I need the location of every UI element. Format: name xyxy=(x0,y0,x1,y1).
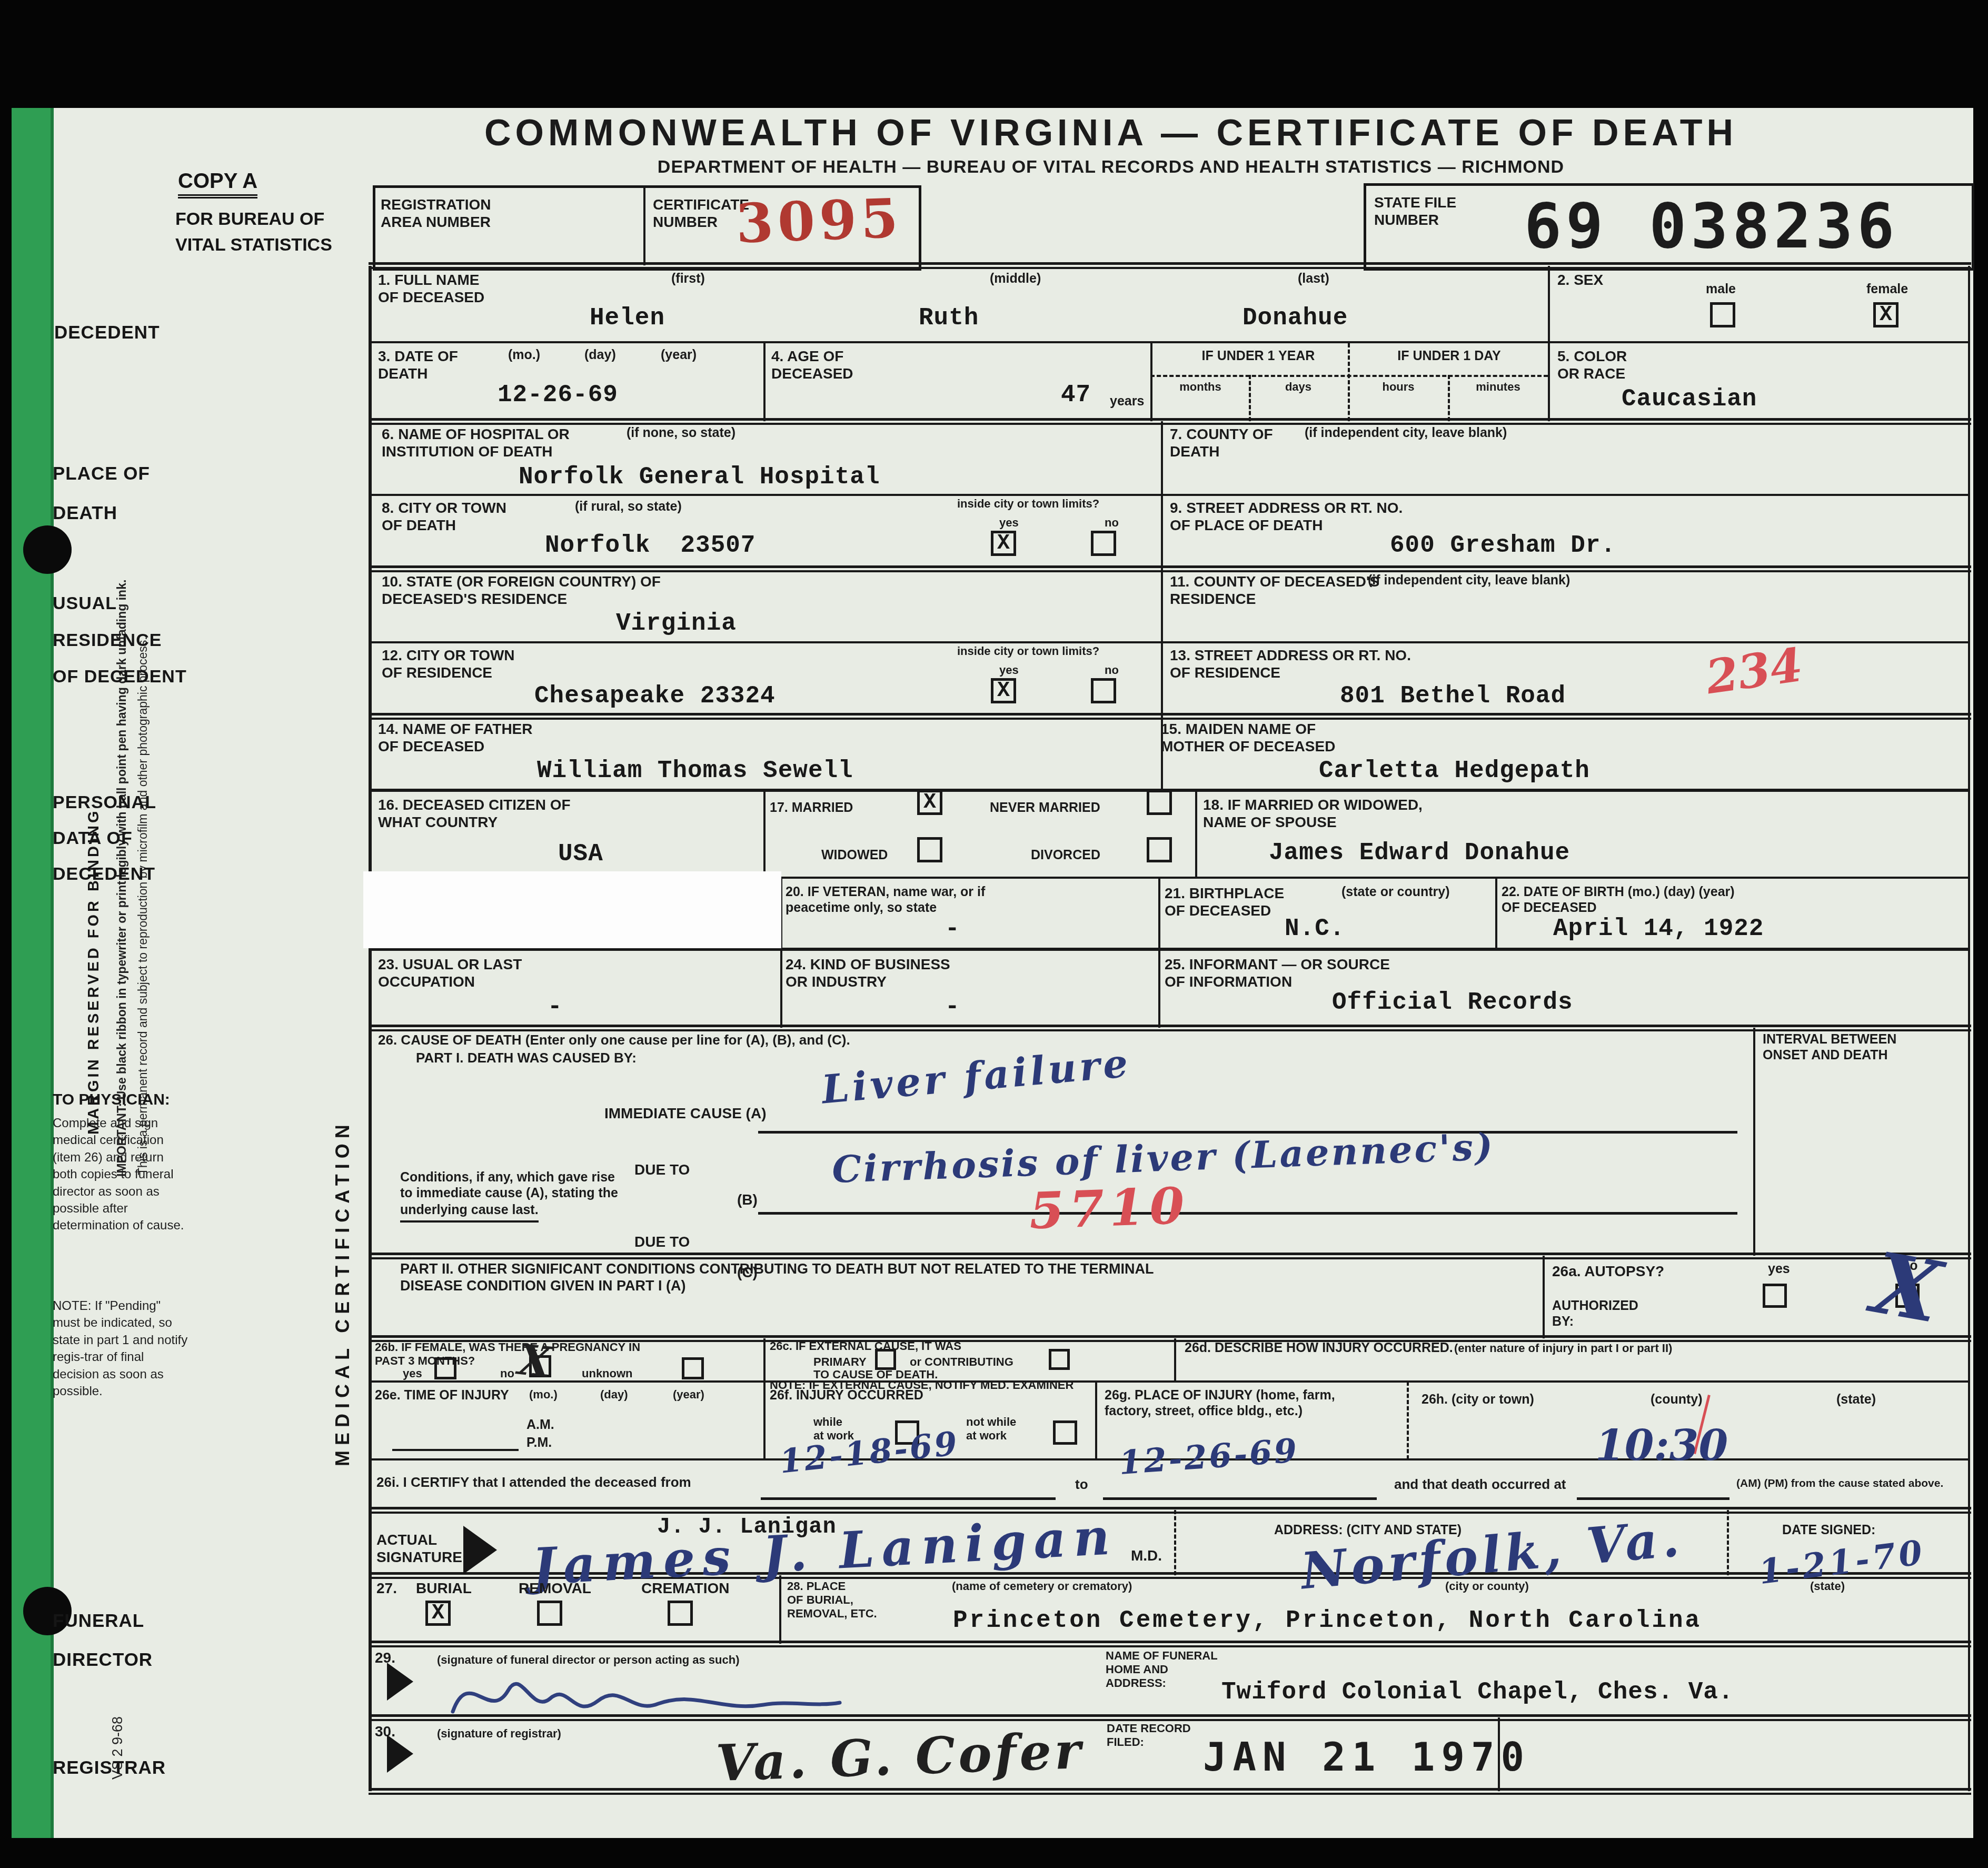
pregnancy-no-handwritten-x: X xyxy=(516,1335,554,1387)
rule-dashed xyxy=(1174,1510,1176,1575)
first-hint: (first) xyxy=(671,271,705,287)
state-file-label: STATE FILE NUMBER xyxy=(1374,194,1456,228)
am-label: A.M. xyxy=(526,1417,554,1433)
limits-question-2: inside city or town limits? xyxy=(957,644,1099,658)
section-place-of-death: PLACE OF DEATH xyxy=(53,454,150,533)
burial-state-hint: (state) xyxy=(1810,1579,1845,1593)
street-of-death-label: 9. STREET ADDRESS OR RT. NO. OF PLACE OF… xyxy=(1170,499,1403,534)
registration-box-divider xyxy=(643,185,645,265)
value-death-time: 10:30 xyxy=(1595,1420,1728,1470)
occurred-label: and that death occurred at xyxy=(1394,1476,1566,1493)
place-of-burial-label: 28. PLACE OF BURIAL, REMOVAL, ETC. xyxy=(787,1579,877,1621)
certify-label: 26i. I CERTIFY that I attended the decea… xyxy=(376,1474,691,1491)
rule xyxy=(1753,1028,1755,1256)
under-1-day-label: IF UNDER 1 DAY xyxy=(1350,349,1548,364)
rule xyxy=(369,1507,1971,1514)
mo-hint: (mo.) xyxy=(508,347,540,363)
limits-no-label-1: no xyxy=(1105,516,1119,530)
divorced-label: DIVORCED xyxy=(1031,848,1100,863)
sex-female-checkbox: X xyxy=(1873,302,1898,327)
pregnancy-no-label: no xyxy=(500,1367,514,1380)
value-dob: April 14, 1922 xyxy=(1553,915,1764,942)
limits-no-checkbox-2 xyxy=(1091,678,1116,703)
cause-b-line xyxy=(758,1212,1737,1215)
full-name-label: 1. FULL NAME OF DECEASED xyxy=(378,271,484,306)
value-veteran: - xyxy=(945,915,960,942)
color-race-label: 5. COLOR OR RACE xyxy=(1557,347,1627,382)
street-residence-label: 13. STREET ADDRESS OR RT. NO. OF RESIDEN… xyxy=(1170,647,1411,681)
binding-strip xyxy=(12,108,54,1838)
primary-label: PRIMARY xyxy=(813,1355,867,1369)
date-record-filed-stamp: JAN 21 1970 xyxy=(1203,1735,1530,1780)
value-city-residence: Chesapeake 23324 xyxy=(534,682,776,710)
city-of-death-hint: (if rural, so state) xyxy=(575,499,682,515)
county-residence-hint: (if independent city, leave blank) xyxy=(1368,573,1570,589)
to-line xyxy=(1103,1497,1377,1500)
time-line xyxy=(1577,1497,1729,1500)
place-of-injury-label: 26g. PLACE OF INJURY (home, farm, factor… xyxy=(1105,1388,1335,1419)
autopsy-yes-checkbox xyxy=(1763,1284,1787,1308)
autopsy-yes-label: yes xyxy=(1768,1261,1790,1277)
page-subtitle: DEPARTMENT OF HEALTH — BUREAU OF VITAL R… xyxy=(400,157,1822,177)
rule-dashed xyxy=(1348,343,1350,421)
from-line xyxy=(761,1497,1056,1500)
section-personal-data: PERSONAL DATA OF DECEDENT xyxy=(53,784,156,892)
city-residence-label: 12. CITY OR TOWN OF RESIDENCE xyxy=(382,647,515,681)
injury-mo-hint: (mo.) xyxy=(529,1388,558,1402)
bureau-label: FOR BUREAU OF VITAL STATISTICS xyxy=(175,206,332,259)
rule xyxy=(1495,878,1497,949)
due-to-b-label: DUE TO xyxy=(634,1161,690,1178)
funeral-arrow-icon xyxy=(387,1663,413,1701)
hospital-label: 6. NAME OF HOSPITAL OR INSTITUTION OF DE… xyxy=(382,425,570,460)
value-father: William Thomas Sewell xyxy=(537,757,853,784)
rule xyxy=(763,342,766,421)
county-of-death-hint: (if independent city, leave blank) xyxy=(1305,425,1507,441)
value-birthplace: N.C. xyxy=(1285,915,1345,942)
rule xyxy=(369,418,1971,425)
limits-question-1: inside city or town limits? xyxy=(957,497,1099,511)
value-color-race: Caucasian xyxy=(1622,385,1757,413)
registrar-signature-hint: (signature of registrar) xyxy=(437,1727,561,1741)
pregnancy-unknown-checkbox xyxy=(682,1357,704,1379)
authorized-by-label: AUTHORIZED BY: xyxy=(1552,1298,1638,1329)
county-residence-label: 11. COUNTY OF DECEASED'S RESIDENCE xyxy=(1170,573,1379,608)
rule xyxy=(1548,266,1550,421)
certificate-number-label: CERTIFICATE NUMBER xyxy=(653,196,749,231)
rule xyxy=(1095,1382,1097,1459)
value-funeral-home: Twiford Colonial Chapel, Ches. Va. xyxy=(1221,1678,1734,1706)
rule xyxy=(369,565,1971,572)
value-street-of-death: 600 Gresham Dr. xyxy=(1390,532,1616,559)
section-note-body: NOTE: If "Pending" must be indicated, so… xyxy=(53,1298,188,1400)
limits-yes-checkbox-1: X xyxy=(991,531,1016,556)
rule xyxy=(369,266,372,1791)
conditions-label: Conditions, if any, which gave rise to i… xyxy=(400,1170,618,1201)
middle-hint: (middle) xyxy=(990,271,1041,287)
injury-county-hint: (county) xyxy=(1651,1392,1703,1408)
hospital-hint: (if none, so state) xyxy=(627,425,735,441)
section-usual-residence: USUAL RESIDENCE OF DECEDENT xyxy=(53,585,187,695)
part1-label: PART I. DEATH WAS CAUSED BY: xyxy=(416,1050,637,1066)
injury-day-hint: (day) xyxy=(600,1388,628,1402)
pregnancy-yes-checkbox xyxy=(434,1357,456,1379)
rule xyxy=(763,1338,766,1459)
certificate-number-stamp: 3095 xyxy=(735,187,903,256)
under-1-year-label: IF UNDER 1 YEAR xyxy=(1169,349,1348,364)
pregnancy-yes-label: yes xyxy=(403,1367,422,1380)
autopsy-label: 26a. AUTOPSY? xyxy=(1552,1263,1664,1280)
interval-label: INTERVAL BETWEEN ONSET AND DEATH xyxy=(1763,1032,1896,1063)
md-label: M.D. xyxy=(1131,1547,1162,1564)
immediate-cause-label: IMMEDIATE CAUSE (A) xyxy=(604,1105,766,1122)
limits-yes-label-1: yes xyxy=(999,516,1019,530)
section-medical-certification: MEDICAL CERTIFICATION xyxy=(332,1050,354,1466)
rule xyxy=(369,494,1969,496)
value-mother: Carletta Hedgepath xyxy=(1319,757,1590,784)
burial-checkbox: X xyxy=(425,1601,451,1626)
cemetery-hint: (name of cemetery or crematory) xyxy=(952,1579,1132,1593)
occupation-label: 23. USUAL OR LAST OCCUPATION xyxy=(378,956,522,990)
value-last-name: Donahue xyxy=(1242,304,1348,332)
rule xyxy=(369,1025,1971,1031)
rule-dashed xyxy=(1727,1510,1729,1575)
primary-checkbox xyxy=(875,1349,896,1370)
date-record-filed-label: DATE RECORD FILED: xyxy=(1107,1722,1191,1749)
value-first-name: Helen xyxy=(590,304,665,332)
state-file-number-stamp: 69 038236 xyxy=(1524,190,1898,262)
married-checkbox: X xyxy=(917,790,942,815)
sex-label: 2. SEX xyxy=(1557,271,1603,289)
year-hint: (year) xyxy=(661,347,697,363)
cremation-label: CREMATION xyxy=(641,1579,729,1597)
date-of-death-label: 3. DATE OF DEATH xyxy=(378,347,458,382)
rule xyxy=(1150,342,1152,421)
veteran-label: 20. IF VETERAN, name war, or if peacetim… xyxy=(786,885,985,916)
time-of-injury-line xyxy=(392,1449,519,1451)
rule xyxy=(1174,1338,1176,1382)
limits-no-checkbox-1 xyxy=(1091,531,1116,556)
sex-female-label: female xyxy=(1866,282,1908,297)
rule xyxy=(369,641,1969,643)
rule xyxy=(369,1788,1971,1795)
funeral-home-label: NAME OF FUNERAL HOME AND ADDRESS: xyxy=(1106,1649,1218,1690)
rule xyxy=(1195,790,1197,878)
removal-checkbox xyxy=(537,1601,562,1626)
sex-male-checkbox xyxy=(1710,302,1735,327)
scanned-death-certificate: { "page":{ "title":"COMMONWEALTH OF VIRG… xyxy=(0,0,1988,1868)
actual-signature-label: ACTUAL SIGNATURE xyxy=(376,1531,462,1566)
limits-no-label-2: no xyxy=(1105,663,1119,677)
never-married-label: NEVER MARRIED xyxy=(990,800,1100,816)
part2-label: PART II. OTHER SIGNIFICANT CONDITIONS CO… xyxy=(400,1261,1532,1295)
value-occupation: - xyxy=(548,993,563,1020)
rule xyxy=(1968,266,1970,1791)
not-while-at-work-checkbox xyxy=(1053,1420,1077,1445)
days-label: days xyxy=(1250,380,1346,394)
conditions-underline-label: underlying cause last. xyxy=(400,1203,539,1223)
spouse-label: 18. IF MARRIED OR WIDOWED, NAME OF SPOUS… xyxy=(1203,796,1423,831)
value-hospital: Norfolk General Hospital xyxy=(519,463,880,491)
injury-state-hint: (state) xyxy=(1836,1392,1876,1408)
injury-occurred-when-label: 26f. INJURY OCCURRED xyxy=(770,1388,923,1404)
citizen-label: 16. DECEASED CITIZEN OF WHAT COUNTRY xyxy=(378,796,571,831)
contributing-checkbox xyxy=(1049,1349,1070,1370)
widowed-checkbox xyxy=(917,837,942,862)
section-decedent: DECEDENT xyxy=(54,322,160,343)
cause-head-label: 26. CAUSE OF DEATH (Enter only one cause… xyxy=(378,1032,850,1048)
injury-occurred-hint: (enter nature of injury in part I or par… xyxy=(1454,1342,1672,1355)
age-label: 4. AGE OF DECEASED xyxy=(771,347,853,382)
day-hint: (day) xyxy=(584,347,616,363)
mother-label: 15. MAIDEN NAME OF MOTHER OF DECEASED xyxy=(1161,720,1335,755)
business-label: 24. KIND OF BUSINESS OR INDUSTRY xyxy=(786,956,950,990)
external-cause-label: 26c. IF EXTERNAL CAUSE, IT WAS xyxy=(770,1339,961,1353)
value-city-of-death: Norfolk 23507 xyxy=(545,532,756,559)
injury-occurred-label: 26d. DESCRIBE HOW INJURY OCCURRED. xyxy=(1185,1340,1453,1356)
value-state-residence: Virginia xyxy=(616,610,737,637)
state-residence-label: 10. STATE (OR FOREIGN COUNTRY) OF DECEAS… xyxy=(382,573,661,608)
birthplace-hint: (state or country) xyxy=(1341,885,1450,900)
pm-label: P.M. xyxy=(526,1435,552,1451)
removal-label: REMOVAL xyxy=(519,1579,591,1597)
value-street-residence: 801 Bethel Road xyxy=(1340,682,1566,710)
rule-dashed xyxy=(1407,1382,1409,1459)
value-informant: Official Records xyxy=(1332,989,1573,1016)
rule xyxy=(1158,878,1160,1028)
dob-label: 22. DATE OF BIRTH (mo.) (day) (year) OF … xyxy=(1502,885,1735,916)
never-married-checkbox xyxy=(1147,790,1172,815)
burial-label: BURIAL xyxy=(416,1579,472,1597)
date-signed-label: DATE SIGNED: xyxy=(1782,1523,1875,1538)
pregnancy-label: 26b. IF FEMALE, WAS THERE A PREGNANCY IN… xyxy=(375,1340,640,1368)
injury-year-hint: (year) xyxy=(673,1388,704,1402)
section-funeral-director: FUNERAL DIRECTOR xyxy=(53,1602,153,1679)
limits-yes-checkbox-2: X xyxy=(991,678,1016,703)
rule xyxy=(1543,1256,1545,1338)
pregnancy-unknown-label: unknown xyxy=(582,1367,633,1380)
not-while-at-work-label: not while at work xyxy=(966,1415,1016,1443)
to-label: to xyxy=(1075,1476,1088,1493)
rule xyxy=(779,1575,781,1644)
minutes-label: minutes xyxy=(1449,380,1547,394)
certify-tail-label: (AM) (PM) from the cause stated above. xyxy=(1736,1477,1968,1491)
rule xyxy=(369,1380,1969,1383)
registration-area-label: REGISTRATION AREA NUMBER xyxy=(381,196,491,231)
time-of-injury-label: 26e. TIME OF INJURY xyxy=(375,1388,509,1404)
county-of-death-label: 7. COUNTY OF DEATH xyxy=(1170,425,1273,460)
signature-arrow-icon xyxy=(463,1526,497,1574)
section-to-physician-body: Complete and sign medical certification … xyxy=(53,1115,185,1235)
value-business: - xyxy=(945,993,960,1020)
value-middle-name: Ruth xyxy=(919,304,979,332)
hours-label: hours xyxy=(1350,380,1446,394)
b-label: (B) xyxy=(737,1191,758,1208)
age-unit-label: years xyxy=(1110,394,1144,410)
limits-yes-label-2: yes xyxy=(999,663,1019,677)
burial-city-hint: (city or county) xyxy=(1445,1579,1529,1593)
red-code-5710: 5710 xyxy=(1028,1177,1190,1241)
redaction-box xyxy=(363,871,781,948)
sex-male-label: male xyxy=(1706,282,1736,297)
married-label: 17. MARRIED xyxy=(770,800,853,816)
copy-label: COPY A xyxy=(178,170,257,198)
cremation-checkbox xyxy=(668,1601,693,1626)
section-registrar: REGISTRAR xyxy=(53,1757,166,1778)
rule xyxy=(369,713,1971,720)
due-to-c-label: DUE TO xyxy=(634,1233,690,1250)
rule xyxy=(763,790,766,878)
injury-city-label: 26h. (city or town) xyxy=(1422,1392,1534,1408)
item27-number: 27. xyxy=(376,1579,397,1597)
registrar-arrow-icon xyxy=(387,1735,413,1773)
rule xyxy=(369,1641,1971,1647)
rule xyxy=(369,1253,1971,1259)
city-of-death-label: 8. CITY OR TOWN OF DEATH xyxy=(382,499,506,534)
value-date-of-death: 12-26-69 xyxy=(498,381,618,409)
rule xyxy=(369,262,1971,269)
months-label: months xyxy=(1153,380,1248,394)
rule xyxy=(369,341,1969,343)
informant-label: 25. INFORMANT — OR SOURCE OF INFORMATION xyxy=(1165,956,1390,990)
value-age: 47 xyxy=(1061,381,1091,409)
value-spouse: James Edward Donahue xyxy=(1269,839,1570,867)
contributing-label: or CONTRIBUTING xyxy=(910,1355,1013,1369)
divorced-checkbox xyxy=(1147,837,1172,862)
father-label: 14. NAME OF FATHER OF DECEASED xyxy=(378,720,533,755)
last-hint: (last) xyxy=(1298,271,1329,287)
margin-binding-note: MARGIN RESERVED FOR BINDING xyxy=(85,671,103,1135)
section-to-physician-title: TO PHYSICIAN: xyxy=(53,1091,170,1109)
funeral-director-signature xyxy=(448,1662,848,1725)
value-place-of-burial: Princeton Cemetery, Princeton, North Car… xyxy=(953,1607,1702,1634)
value-citizen: USA xyxy=(558,840,603,868)
birthplace-label: 21. BIRTHPLACE OF DECEASED xyxy=(1165,885,1284,919)
page-title: COMMONWEALTH OF VIRGINIA — CERTIFICATE O… xyxy=(400,112,1822,154)
widowed-label: WIDOWED xyxy=(821,848,888,863)
